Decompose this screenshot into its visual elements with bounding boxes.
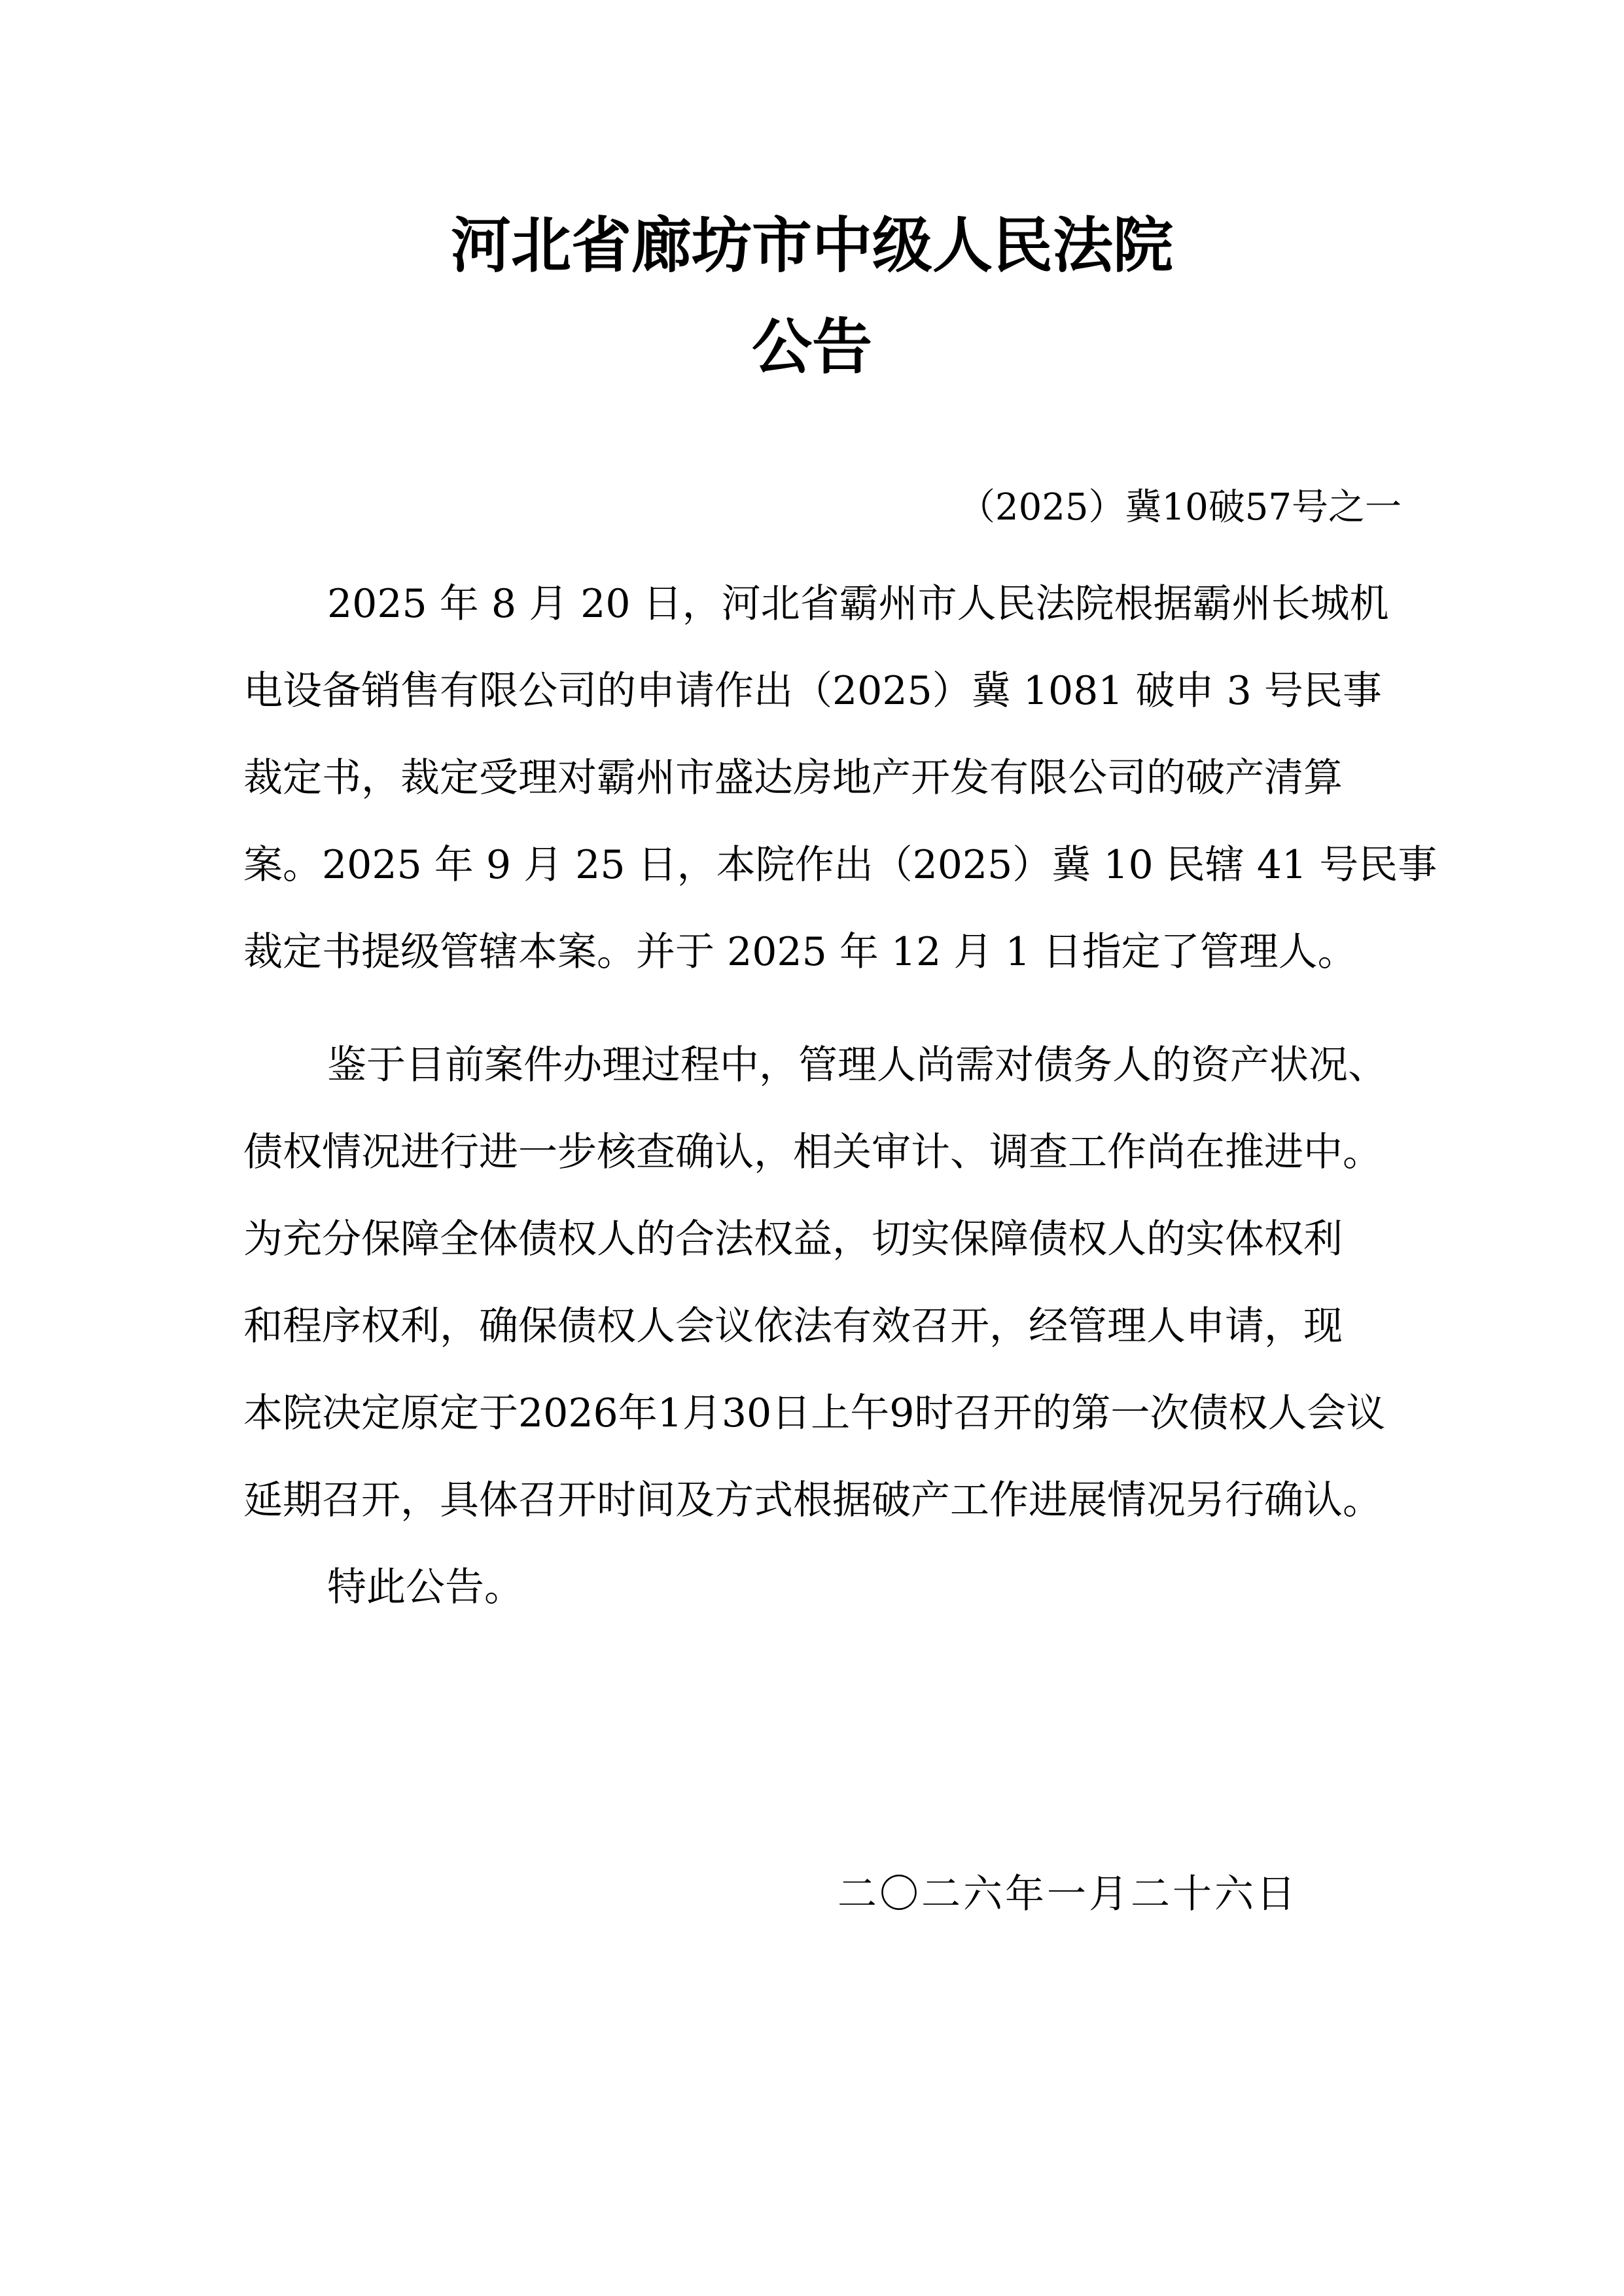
document-type-title: 公告 (0, 317, 1624, 378)
document-page: 河北省廊坊市中级人民法院 公告 （2025）冀10破57号之一 2025 年 8… (0, 0, 1624, 2296)
signature-date: 二〇二六年一月二十六日 (838, 1875, 1298, 1914)
paragraph-line: 和程序权利，确保债权人会议依法有效召开，经管理人申请，现 (243, 1307, 1343, 1346)
paragraph-line: 鉴于目前案件办理过程中，管理人尚需对债务人的资产状况、 (327, 1046, 1387, 1085)
case-number: （2025）冀10破57号之一 (959, 489, 1402, 526)
paragraph-line: 电设备销售有限公司的申请作出（2025）冀 1081 破申 3 号民事 (243, 671, 1382, 711)
paragraph-line: 为充分保障全体债权人的合法权益，切实保障债权人的实体权利 (243, 1220, 1343, 1259)
paragraph-line: 裁定书，裁定受理对霸州市盛达房地产开发有限公司的破产清算 (243, 758, 1343, 798)
paragraph-line: 案。2025 年 9 月 25 日，本院作出（2025）冀 10 民辖 41 号… (243, 845, 1437, 885)
paragraph-line: 2025 年 8 月 20 日，河北省霸州市人民法院根据霸州长城机 (327, 584, 1389, 624)
paragraph-line: 本院决定原定于2026年1月30日上午9时召开的第一次债权人会议 (243, 1394, 1385, 1433)
closing-statement: 特此公告。 (327, 1568, 523, 1607)
court-name-title: 河北省廊坊市中级人民法院 (0, 216, 1624, 276)
paragraph-line: 延期召开，具体召开时间及方式根据破产工作进展情况另行确认。 (243, 1481, 1382, 1520)
paragraph-line: 裁定书提级管辖本案。并于 2025 年 12 月 1 日指定了管理人。 (243, 932, 1357, 972)
paragraph-line: 债权情况进行进一步核查确认，相关审计、调查工作尚在推进中。 (243, 1133, 1382, 1172)
